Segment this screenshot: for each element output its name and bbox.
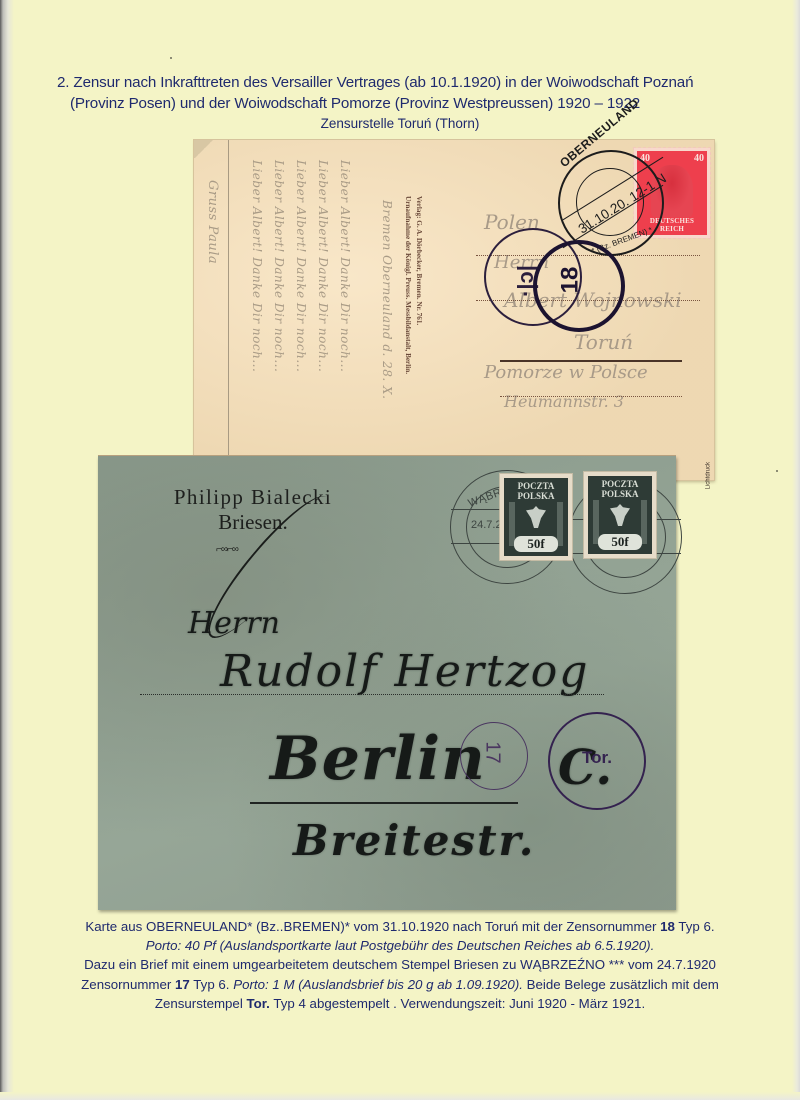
- censor-office: Tor.: [550, 748, 644, 768]
- page-title-line1: 2. Zensur nach Inkrafttreten des Versail…: [57, 74, 693, 91]
- stamp-line1: POCZTA: [588, 479, 652, 489]
- envelope: Philipp Bialecki Briesen. ⌐∞⌐∞ WĄBRZ... …: [98, 456, 676, 910]
- postage-stamp-poczta-polska-2: POCZTA POLSKA 50f: [584, 472, 656, 558]
- page-title-line2: (Provinz Posen) und der Woiwodschaft Pom…: [57, 93, 757, 114]
- stamp-value: 50f: [514, 536, 558, 552]
- censor-number-stamp-18: 18: [533, 240, 625, 332]
- sender-name: Philipp Bialecki: [98, 484, 408, 510]
- imprint-line2: Urnaufnahme der Königl. Preuss. Messbild…: [402, 196, 413, 374]
- caption-text: Typ 4 abgestempelt . Verwendungszeit: Ju…: [270, 996, 645, 1011]
- address-line: [250, 802, 518, 804]
- caption-censor-office: Tor.: [246, 996, 269, 1011]
- caption-text: Typ 6.: [675, 919, 715, 934]
- postcard-divider: [228, 140, 229, 470]
- message-handwriting-5: Lieber Albert! Danke Dir noch...: [316, 160, 330, 372]
- eagle-icon: [610, 504, 630, 526]
- caption: Karte aus OBERNEULAND* (Bz..BREMEN)* vom…: [0, 917, 800, 1013]
- address-street: Breitestr.: [293, 816, 535, 865]
- address-line: [500, 360, 682, 362]
- censor-number-stamp-17: 17: [460, 722, 528, 790]
- page-bottom-edge: [0, 1092, 800, 1100]
- imprint-line1: Verlag: G. A. Dörbecker, Bremen. Nr. 761…: [413, 196, 424, 374]
- stamp-line1: POCZTA: [504, 481, 568, 491]
- caption-line3: Dazu ein Brief mit einem umgearbeitetem …: [0, 955, 800, 974]
- message-handwriting-header: Bremen Oberneuland d. 28. X.: [380, 200, 394, 399]
- publisher-imprint: Verlag: G. A. Dörbecker, Bremen. Nr. 761…: [402, 196, 424, 374]
- stamp-line2: POLSKA: [588, 489, 652, 499]
- caption-text: Beide Belege zusätzlich mit dem: [523, 977, 719, 992]
- stamp-face: POCZTA POLSKA 50f: [504, 478, 568, 556]
- address-salutation: Herrn: [188, 606, 280, 641]
- address-line: [500, 396, 682, 397]
- censor-office-stamp-tor: Tor.: [548, 712, 646, 810]
- censor-number: 18: [556, 267, 584, 294]
- stamp-line2: POLSKA: [504, 491, 568, 501]
- caption-censor-number: 18: [660, 919, 675, 934]
- address-line: [140, 694, 604, 695]
- sender-town: Briesen.: [98, 510, 408, 534]
- caption-text: Typ 6.: [190, 977, 233, 992]
- ornament-icon: ⌐∞⌐∞: [216, 544, 238, 555]
- caption-censor-number: 17: [175, 977, 190, 992]
- address-name: Rudolf Hertzog: [220, 646, 589, 697]
- paper-speck: [776, 470, 778, 472]
- page-title: 2. Zensur nach Inkrafttreten des Versail…: [57, 72, 757, 114]
- postmark-date: 24.7.2: [471, 519, 502, 531]
- caption-postage: Porto: 1 M (Auslandsbrief bis 20 g ab 1.…: [233, 977, 523, 992]
- address-city: Toruń: [574, 330, 633, 354]
- address-street: Heumannstr. 3: [504, 392, 624, 411]
- caption-line1: Karte aus OBERNEULAND* (Bz..BREMEN)* vom…: [0, 917, 800, 936]
- stamp-value: 50f: [598, 534, 642, 550]
- message-handwriting-2: Lieber Albert! Danke Dir noch...: [250, 160, 264, 372]
- eagle-icon: [526, 506, 546, 528]
- caption-text: Zensurstempel: [155, 996, 247, 1011]
- caption-text: Zensornummer: [81, 977, 175, 992]
- censor-number: 17: [481, 741, 504, 763]
- page-subtitle: Zensurstelle Toruń (Thorn): [0, 116, 800, 131]
- caption-text: Karte aus OBERNEULAND* (Bz..BREMEN)* vom…: [85, 919, 660, 934]
- message-handwriting-3: Lieber Albert! Danke Dir noch...: [272, 160, 286, 372]
- address-region: Pomorze w Polsce: [484, 362, 648, 383]
- message-handwriting-1: Gruss Paula: [205, 180, 220, 264]
- postage-stamp-poczta-polska-1: POCZTA POLSKA 50f: [500, 474, 572, 560]
- caption-line2: Porto: 40 Pf (Auslandsportkarte laut Pos…: [0, 936, 800, 955]
- message-handwriting-6: Lieber Albert! Danke Dir noch...: [338, 160, 352, 372]
- postcard: Gruss Paula Lieber Albert! Danke Dir noc…: [194, 140, 714, 480]
- caption-line5: Zensurstempel Tor. Typ 4 abgestempelt . …: [0, 994, 800, 1013]
- paper-speck: [170, 57, 172, 59]
- stamp-face: POCZTA POLSKA 50f: [588, 476, 652, 554]
- fasces-icon: [641, 500, 647, 544]
- postcard-corner: [194, 140, 214, 158]
- sender-imprint: Philipp Bialecki Briesen.: [98, 484, 408, 534]
- message-handwriting-4: Lieber Albert! Danke Dir noch...: [294, 160, 308, 372]
- address-city: Berlin: [270, 724, 486, 794]
- edge-print: Lichtdruck: [705, 462, 711, 489]
- stamp-value: 40: [694, 153, 704, 164]
- fasces-icon: [557, 502, 563, 546]
- caption-line4: Zensornummer 17 Typ 6. Porto: 1 M (Ausla…: [0, 975, 800, 994]
